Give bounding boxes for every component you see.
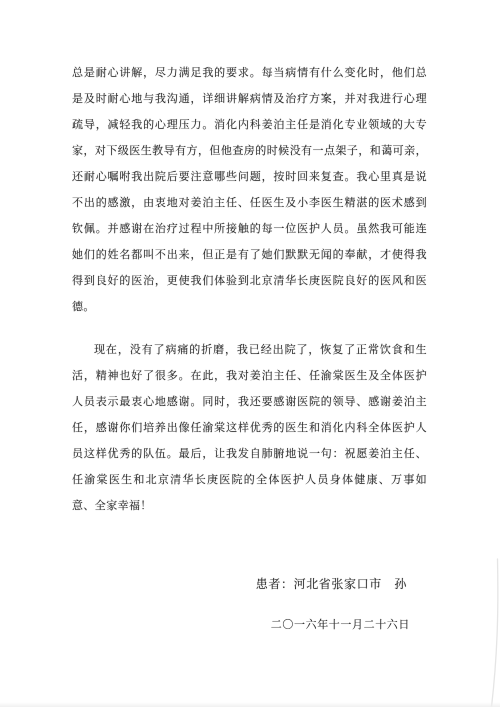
text-line: 钦佩。并感谢在治疗过程中所接触的每一位医护人员。虽然我可能连 [72,216,427,242]
text-line: 人员表示最衷心地感谢。同时，我还要感谢医院的领导、感谢姜泊主 [72,389,427,415]
text-line: 德。 [72,294,427,320]
letter-body: 总是耐心讲解，尽力满足我的要求。每当病情有什么变化时，他们总 是及时耐心地与我沟… [72,60,427,519]
text-line: 现在，没有了病痛的折磨，我已经出院了，恢复了正常饮食和生 [72,337,427,363]
paragraph-2: 现在，没有了病痛的折磨，我已经出院了，恢复了正常饮食和生 活，精神也好了很多。在… [72,337,427,519]
text-line: 得到良好的医治，更使我们体验到北京清华长庚医院良好的医风和医 [72,268,427,294]
paragraph-1: 总是耐心讲解，尽力满足我的要求。每当病情有什么变化时，他们总 是及时耐心地与我沟… [72,60,427,320]
scan-crease-artifact [480,547,500,707]
text-line: 不出的感激，由衷地对姜泊主任、任医生及小李医生精湛的医术感到 [72,190,427,216]
text-line: 家，对下级医生教导有方，但他查房的时候没有一点架子，和蔼可亲， [72,138,427,164]
text-line: 是及时耐心地与我沟通，详细讲解病情及治疗方案，并对我进行心理 [72,86,427,112]
text-line: 任，感谢你们培养出像任渝棠这样优秀的医生和消化内科全体医护人 [72,415,427,441]
text-line: 任渝棠医生和北京清华长庚医院的全体医护人员身体健康、万事如 [72,467,427,493]
text-line: 活，精神也好了很多。在此，我对姜泊主任、任渝棠医生及全体医护 [72,363,427,389]
signature-line: 患者：河北省张家口市 孙 [256,571,407,597]
text-line: 意、全家幸福！ [72,493,427,519]
text-line: 还耐心嘱咐我出院后要注意哪些问题，按时回来复查。我心里真是说 [72,164,427,190]
text-line: 她们的姓名都叫不出来，但正是有了她们默默无闻的奉献，才使得我 [72,242,427,268]
text-line: 员这样优秀的队伍。最后，让我发自肺腑地说一句：祝愿姜泊主任、 [72,441,427,467]
text-line: 总是耐心讲解，尽力满足我的要求。每当病情有什么变化时，他们总 [72,60,427,86]
letter-page: 总是耐心讲解，尽力满足我的要求。每当病情有什么变化时，他们总 是及时耐心地与我沟… [0,0,500,707]
scan-bottom-edge-artifact [0,702,500,707]
text-line: 疏导，减轻我的心理压力。消化内科姜泊主任是消化专业领域的大专 [72,112,427,138]
date-line: 二〇一六年十一月二十六日 [271,612,410,638]
